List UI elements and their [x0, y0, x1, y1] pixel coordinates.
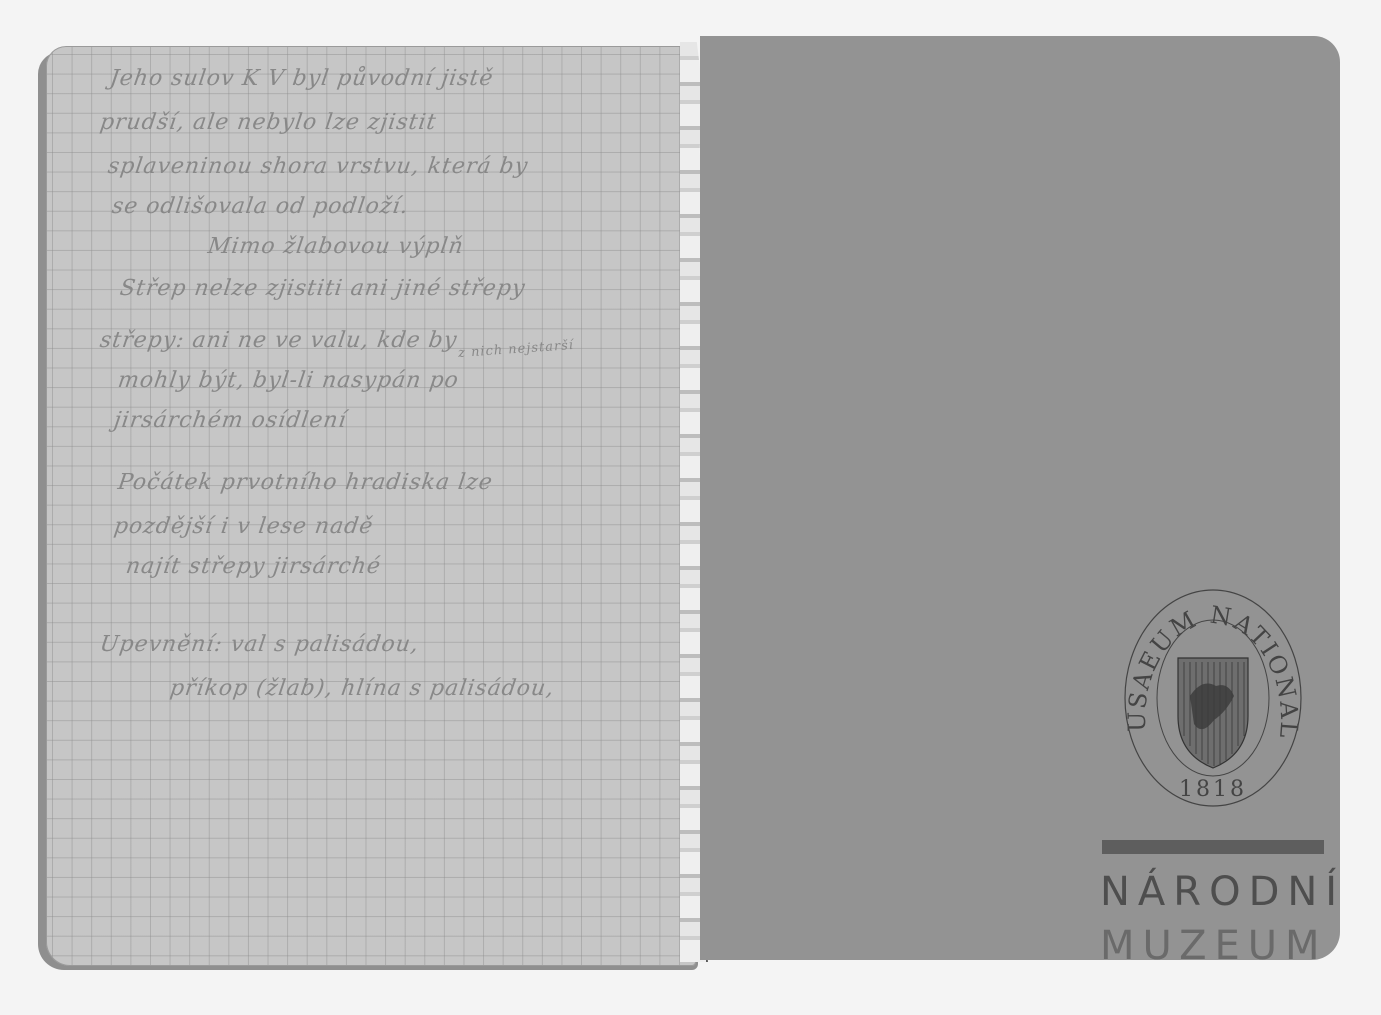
handwritten-line: střepy: ani ne ve valu, kde by [98, 328, 459, 353]
left-notebook-page [46, 46, 696, 966]
handwritten-line: Jeho sulov K V byl původní jistě [108, 66, 495, 91]
handwritten-line: Upevnění: val s palisádou, [98, 632, 420, 657]
handwritten-line: Střep nelze zjistiti ani jiné střepy [118, 276, 527, 301]
handwritten-line: splaveninou shora vrstvu, která by [106, 154, 530, 179]
logo-line-2: MUZEUM [1100, 926, 1340, 966]
logo-line-1: NÁRODNÍ [1100, 872, 1340, 912]
handwritten-line: jirsárchém osídlení [112, 408, 348, 433]
handwritten-line: prudší, ale nebylo lze zjistit [98, 110, 438, 135]
notebook-cover-page [700, 36, 1340, 960]
logo-bar [1102, 840, 1324, 854]
handwritten-line: Počátek prvotního hradiska lze [116, 470, 494, 495]
handwritten-line: mohly být, byl-li nasypán po [116, 368, 460, 393]
handwritten-line: se odlišovala od podloží. [110, 194, 410, 219]
handwritten-line: najít střepy jirsárché [124, 554, 382, 579]
museum-seal-stamp: MUSAEUM NATIONALE 1818 [1118, 586, 1308, 816]
seal-year: 1818 [1179, 777, 1247, 802]
handwritten-line: Mimo žlabovou výplň [206, 234, 465, 259]
handwritten-line: pozdější i v lese nadě [112, 514, 375, 539]
handwritten-line: příkop (žlab), hlína s palisádou, [168, 676, 556, 701]
